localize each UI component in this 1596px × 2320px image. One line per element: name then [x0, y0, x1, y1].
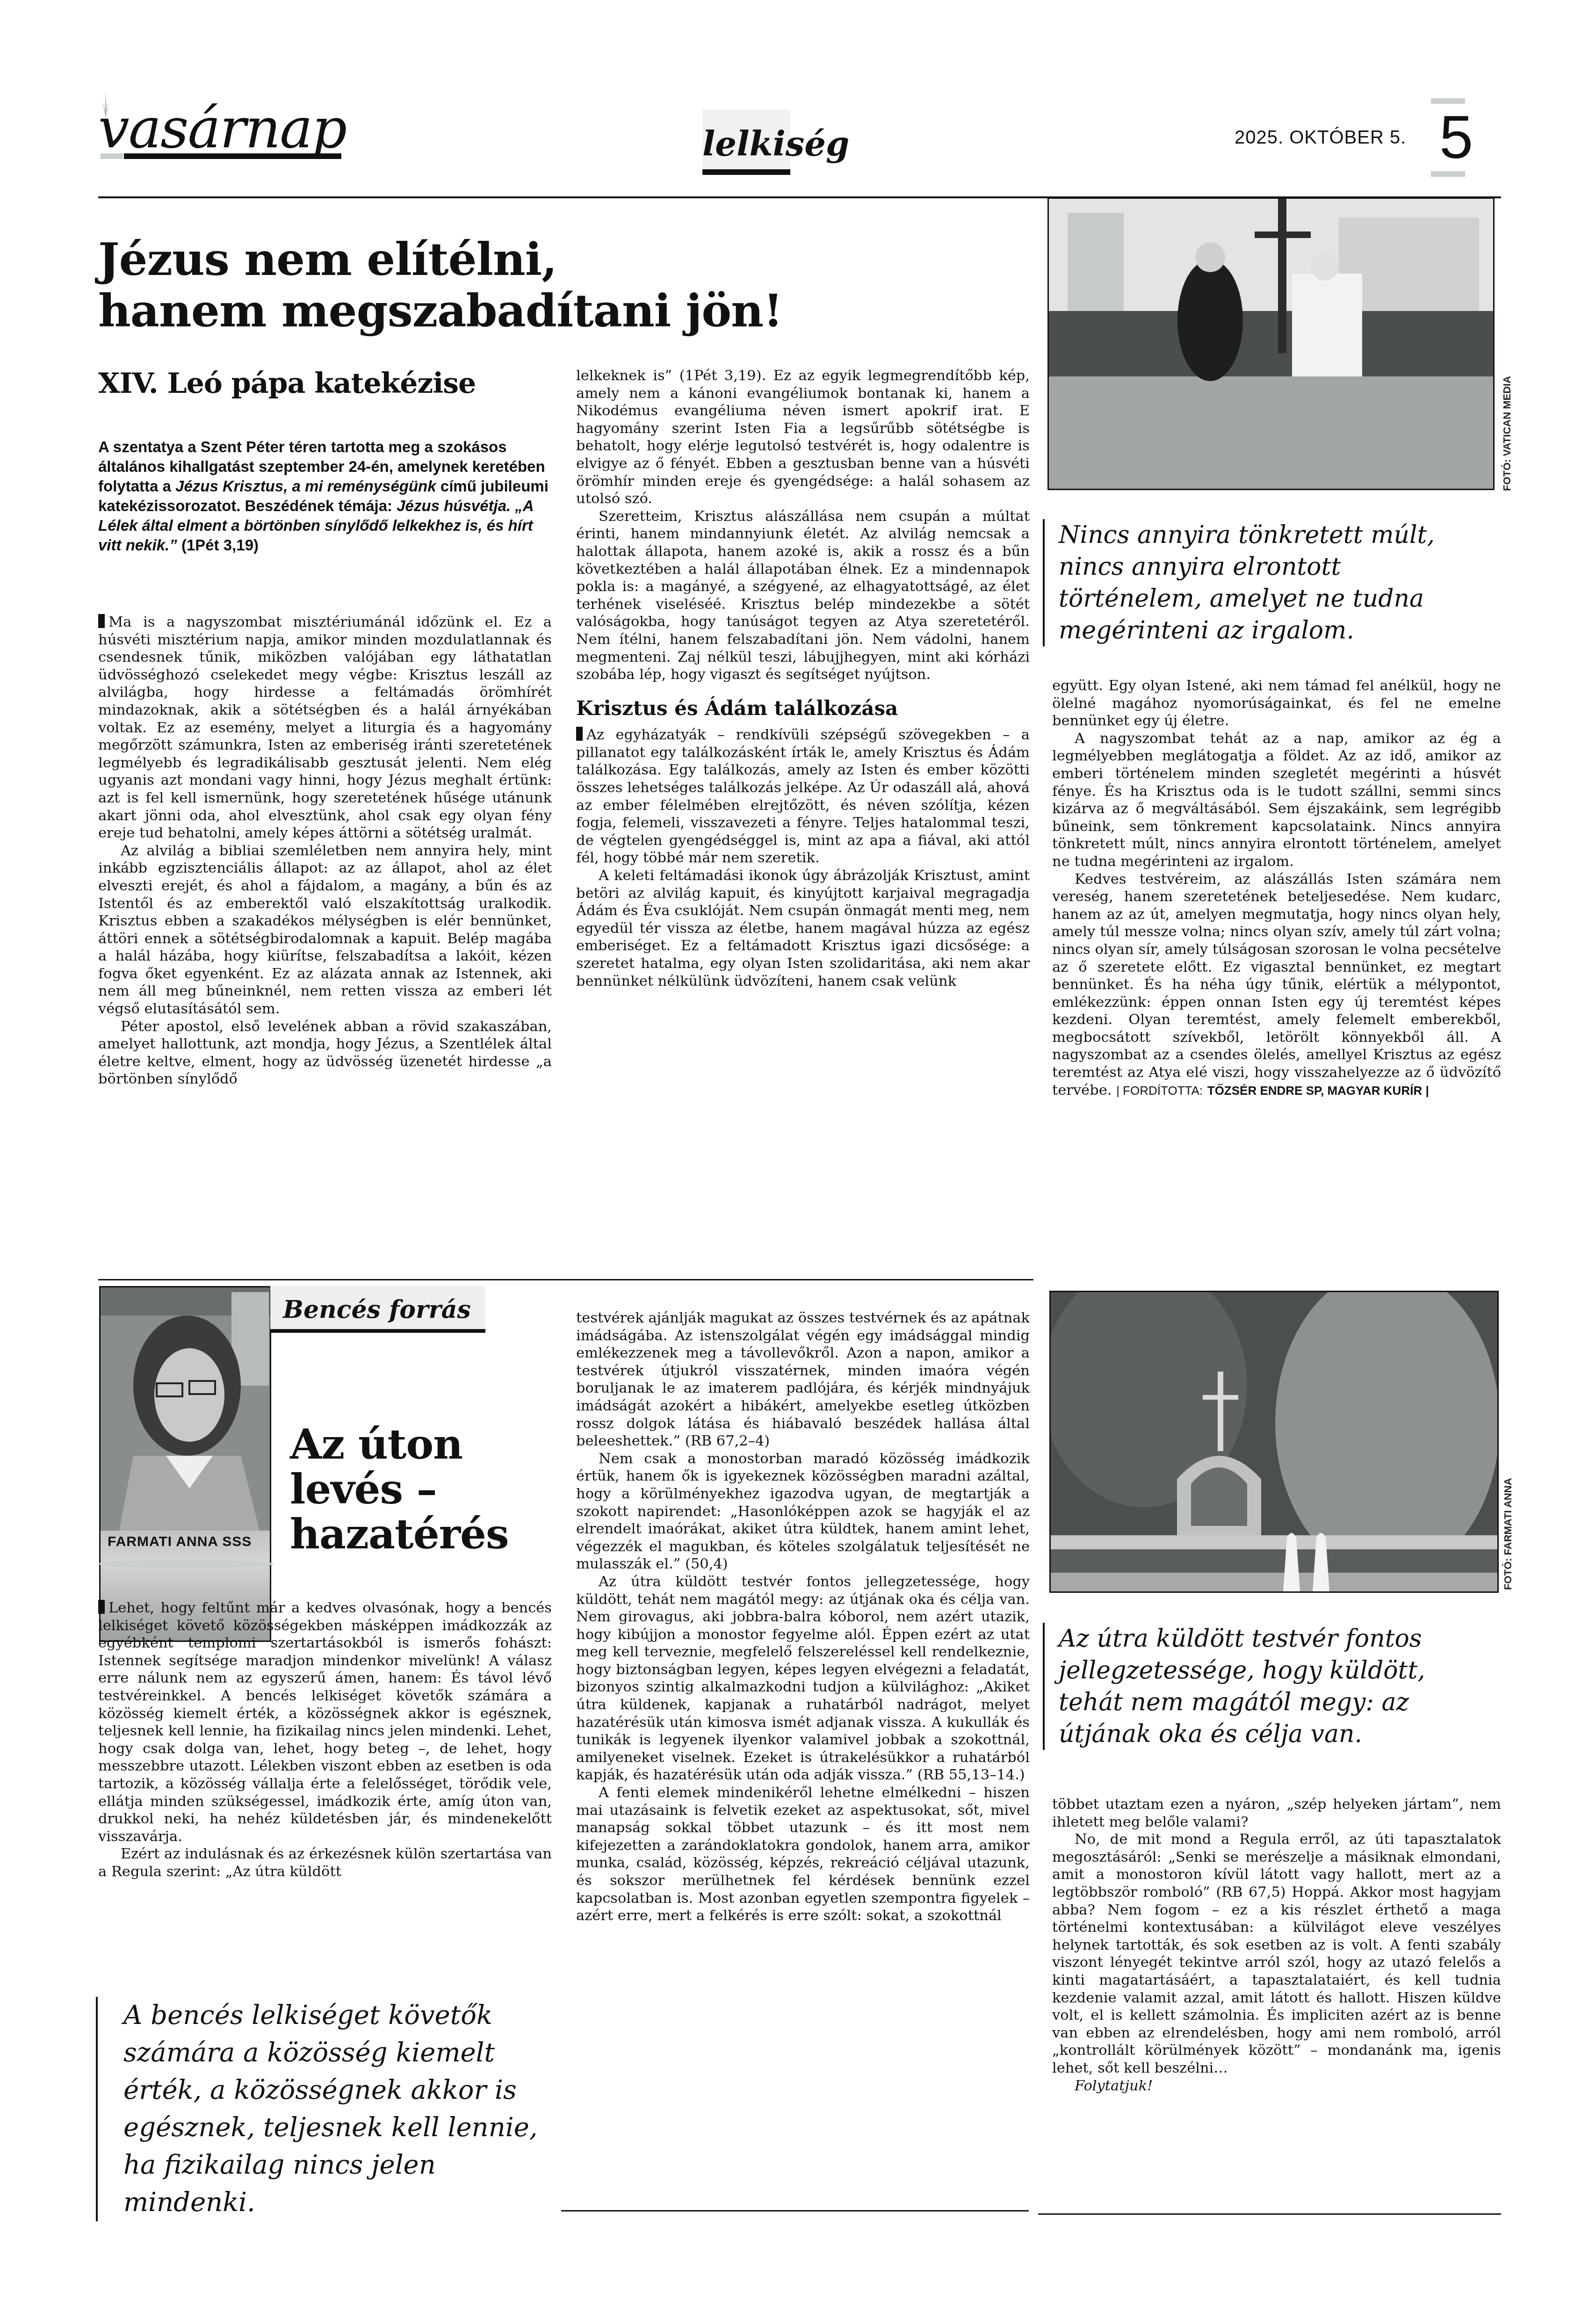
article-subheadline: XIV. Leó pápa katekézise — [98, 367, 476, 400]
paragraph-marker-icon — [98, 1600, 105, 1614]
section-heading: Krisztus és Ádám találkozása — [576, 700, 1030, 717]
paragraph: Szeretteim, Krisztus alászállása nem csu… — [576, 508, 1030, 684]
headline-line-1: Jézus nem elítélni, — [98, 234, 987, 285]
paragraph-marker-icon — [98, 614, 105, 628]
article-divider — [98, 1279, 1033, 1280]
author-byline-underline — [98, 1560, 274, 1568]
page-number: 5 — [1439, 107, 1473, 167]
page-number-bottom-bar — [1431, 171, 1465, 177]
paragraph: Péter apostol, első levelének abban a rö… — [98, 1018, 552, 1088]
paragraph: együtt. Egy olyan Istené, aki nem támad … — [1052, 677, 1501, 730]
section-label-rule — [702, 169, 790, 175]
paragraph: A keleti feltámadási ikonok úgy ábrázolj… — [576, 867, 1030, 990]
closing-line: Folytatjuk! — [1052, 2077, 1501, 2095]
article2-column-3: többet utaztam ezen a nyáron, „szép hely… — [1052, 1796, 1501, 2095]
photo-credit: FOTÓ: FARMATI ANNA — [1502, 1478, 1514, 1590]
article2-column-1: Lehet, hogy feltűnt már a kedves olvasón… — [98, 1599, 552, 1881]
article1-column-1: Ma is a nagyszombat misztériumánál időzü… — [98, 614, 552, 1088]
paragraph: No, de mit mond a Regula erről, az úti t… — [1052, 1831, 1501, 2077]
pull-quote: A bencés lelkiséget követők számára a kö… — [96, 1997, 544, 2221]
translator-label: | FORDÍTOTTA: — [1116, 1084, 1203, 1098]
paragraph: Az egyházatyák – rendkívüli szépségű szö… — [576, 726, 1030, 867]
column-end-rule — [561, 2210, 1029, 2212]
logo-underline-accent — [101, 153, 123, 159]
column-tag-rule — [270, 1329, 485, 1333]
section-label[interactable]: lelkiség — [702, 124, 790, 164]
paragraph: A fenti elemek mindenikéről lehetne elmé… — [576, 1784, 1030, 1925]
pope-audience-photo — [1047, 197, 1495, 490]
paragraph: Ma is a nagyszombat misztériumánál időzü… — [98, 614, 552, 842]
paragraph: Nem csak a monostorban maradó közösség i… — [576, 1450, 1030, 1573]
paragraph: A nagyszombat tehát az a nap, amikor az … — [1052, 730, 1501, 871]
grotto-nuns-photo — [1049, 1291, 1499, 1593]
pull-quote: Az útra küldött testvér fontos jellegzet… — [1043, 1623, 1480, 1750]
article-headline: Jézus nem elítélni, hanem megszabadítani… — [98, 234, 987, 337]
paragraph: Kedves testvéreim, az alászállás Isten s… — [1052, 871, 1501, 1100]
article-lead: A szentatya a Szent Péter téren tartotta… — [98, 437, 552, 555]
column-name: Bencés forrás — [283, 1295, 471, 1324]
author-byline: FARMATI ANNA SSS — [108, 1534, 252, 1550]
article1-column-3: együtt. Egy olyan Istené, aki nem támad … — [1052, 677, 1501, 1099]
article1-column-2: lelkeknek is” (1Pét 3,19). Ez az egyik l… — [576, 367, 1030, 990]
translator-name: TŐZSÉR ENDRE SP, MAGYAR KURÍR | — [1207, 1084, 1429, 1098]
paragraph: testvérek ajánlják magukat az összes tes… — [576, 1309, 1030, 1450]
logo-underline — [124, 153, 341, 159]
paragraph: Az útra küldött testvér fontos jellegzet… — [576, 1573, 1030, 1784]
article2-title: Az úton levés – hazatérés — [290, 1422, 552, 1556]
article2-column-2: testvérek ajánlják magukat az összes tes… — [576, 1309, 1030, 1925]
photo-credit: FOTÓ: VATICAN MEDIA — [1501, 376, 1513, 491]
paragraph: Ezért az indulásnak és az érkezésnek kül… — [98, 1845, 552, 1880]
paragraph: Lehet, hogy feltűnt már a kedves olvasón… — [98, 1599, 552, 1845]
paragraph: Az alvilág a bibliai szemléletben nem an… — [98, 842, 552, 1018]
paragraph: többet utaztam ezen a nyáron, „szép hely… — [1052, 1796, 1501, 1831]
issue-date: 2025. OKTÓBER 5. — [1235, 127, 1406, 148]
author-photo — [99, 1286, 271, 1642]
column-end-rule — [1038, 2213, 1501, 2215]
paragraph-marker-icon — [576, 727, 583, 741]
paragraph: lelkeknek is” (1Pét 3,19). Ez az egyik l… — [576, 367, 1030, 508]
pull-quote: Nincs annyira tönkretett múlt, nincs ann… — [1043, 519, 1480, 646]
newspaper-logo[interactable]: vasárnap — [98, 101, 346, 156]
headline-line-2: hanem megszabadítani jön! — [98, 285, 987, 337]
